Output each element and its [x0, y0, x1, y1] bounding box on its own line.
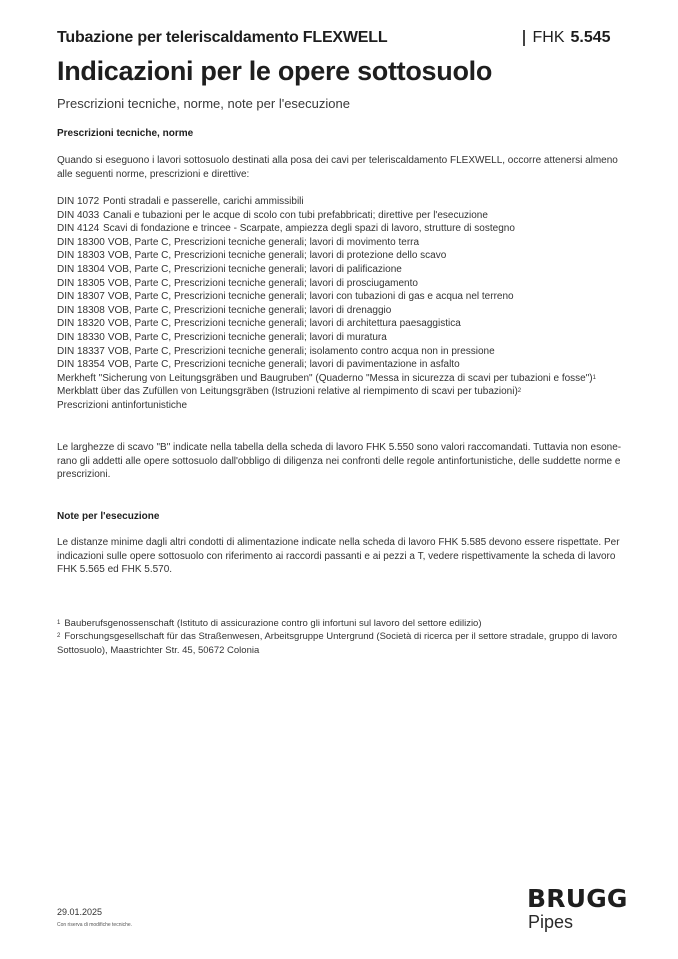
footnote-ref: 2	[518, 388, 521, 394]
norm-text: VOB, Parte C, Prescrizioni tecniche gene…	[108, 305, 391, 316]
norm-item: DIN 4124Scavi di fondazione e trincee - …	[57, 222, 596, 236]
norm-text: Ponti stradali e passerelle, carichi amm…	[103, 196, 304, 207]
norm-code: DIN 18305	[57, 277, 105, 291]
footer-note: Con riserva di modifiche tecniche.	[57, 922, 132, 928]
norm-list: DIN 1072Ponti stradali e passerelle, car…	[57, 195, 596, 413]
norm-item: DIN 18300VOB, Parte C, Prescrizioni tecn…	[57, 236, 596, 250]
norm-text: Merkheft "Sicherung von Leitungsgräben u…	[57, 373, 593, 384]
brugg-logo-sub: Pipes	[528, 912, 573, 933]
norm-text: VOB, Parte C, Prescrizioni tecniche gene…	[108, 278, 418, 289]
norm-code: DIN 18303	[57, 249, 105, 263]
norm-item: DIN 18307VOB, Parte C, Prescrizioni tecn…	[57, 290, 596, 304]
norm-item: DIN 18308VOB, Parte C, Prescrizioni tecn…	[57, 304, 596, 318]
norm-item: DIN 18337VOB, Parte C, Prescrizioni tecn…	[57, 345, 596, 359]
norm-code: DIN 18320	[57, 317, 105, 331]
document-code: FHK 5.545	[523, 29, 611, 47]
norm-item: DIN 18303VOB, Parte C, Prescrizioni tecn…	[57, 249, 596, 263]
footnote: 1Bauberufsgenossenschaft (Istituto di as…	[57, 617, 622, 630]
norm-code: DIN 4033	[57, 209, 103, 223]
norm-item: DIN 1072Ponti stradali e passerelle, car…	[57, 195, 596, 209]
section-heading-norms: Prescrizioni tecniche, norme	[57, 128, 193, 139]
norm-text: VOB, Parte C, Prescrizioni tecniche gene…	[108, 359, 460, 370]
norm-code: DIN 1072	[57, 195, 103, 209]
document-code-number: 5.545	[571, 29, 611, 47]
norm-item: DIN 4033Canali e tubazioni per le acque …	[57, 209, 596, 223]
norm-code: DIN 18307	[57, 290, 105, 304]
norm-code: DIN 18308	[57, 304, 105, 318]
footnote-text: Forschungsgesellschaft für das Straßenwe…	[57, 631, 617, 655]
footer-date: 29.01.2025	[57, 907, 102, 917]
norm-code: DIN 4124	[57, 222, 103, 236]
page-title: Indicazioni per le opere sottosuolo	[57, 56, 492, 87]
page-subtitle: Prescrizioni tecniche, norme, note per l…	[57, 96, 350, 111]
document-series: Tubazione per teleriscaldamento FLEXWELL	[57, 29, 387, 47]
norm-item: DIN 18354VOB, Parte C, Prescrizioni tecn…	[57, 358, 596, 372]
norm-code: DIN 18304	[57, 263, 105, 277]
norm-item: Merkheft "Sicherung von Leitungsgräben u…	[57, 372, 596, 386]
norm-item: DIN 18304VOB, Parte C, Prescrizioni tecn…	[57, 263, 596, 277]
norm-item: Merkblatt über das Zufüllen von Leitungs…	[57, 385, 596, 399]
footnote-text: Bauberufsgenossenschaft (Istituto di ass…	[64, 618, 481, 629]
norm-text: Prescrizioni antinfortunistiche	[57, 400, 187, 411]
brugg-logo: BRUGG	[527, 884, 628, 913]
norm-code: DIN 18330	[57, 331, 105, 345]
scavo-paragraph: Le larghezze di scavo "B" indicate nella…	[57, 441, 622, 482]
footnote-mark: 2	[57, 633, 60, 639]
footnotes: 1Bauberufsgenossenschaft (Istituto di as…	[57, 617, 622, 657]
norm-text: VOB, Parte C, Prescrizioni tecniche gene…	[108, 250, 447, 261]
document-code-prefix: FHK	[533, 29, 565, 47]
intro-paragraph: Quando si eseguono i lavori sottosuolo d…	[57, 154, 622, 181]
execution-paragraph: Le distanze minime dagli altri condotti …	[57, 536, 622, 577]
norm-item: DIN 18330VOB, Parte C, Prescrizioni tecn…	[57, 331, 596, 345]
norm-code: DIN 18300	[57, 236, 105, 250]
footnote-ref: 1	[593, 375, 596, 381]
norm-text: VOB, Parte C, Prescrizioni tecniche gene…	[108, 318, 461, 329]
separator-bar	[523, 30, 525, 46]
norm-text: VOB, Parte C, Prescrizioni tecniche gene…	[108, 332, 387, 343]
norm-text: VOB, Parte C, Prescrizioni tecniche gene…	[108, 291, 514, 302]
norm-text: Scavi di fondazione e trincee - Scarpate…	[103, 223, 515, 234]
norm-text: Merkblatt über das Zufüllen von Leitungs…	[57, 386, 518, 397]
norm-item: DIN 18320VOB, Parte C, Prescrizioni tecn…	[57, 317, 596, 331]
norm-text: VOB, Parte C, Prescrizioni tecniche gene…	[108, 346, 495, 357]
norm-text: VOB, Parte C, Prescrizioni tecniche gene…	[108, 264, 402, 275]
norm-item: Prescrizioni antinfortunistiche	[57, 399, 596, 413]
norm-text: Canali e tubazioni per le acque di scolo…	[103, 210, 488, 221]
norm-text: VOB, Parte C, Prescrizioni tecniche gene…	[108, 237, 419, 248]
section-heading-execution: Note per l'esecuzione	[57, 511, 159, 522]
footnote: 2Forschungsgesellschaft für das Straßenw…	[57, 630, 622, 657]
norm-item: DIN 18305VOB, Parte C, Prescrizioni tecn…	[57, 277, 596, 291]
footnote-mark: 1	[57, 620, 60, 626]
norm-code: DIN 18337	[57, 345, 105, 359]
norm-code: DIN 18354	[57, 358, 105, 372]
